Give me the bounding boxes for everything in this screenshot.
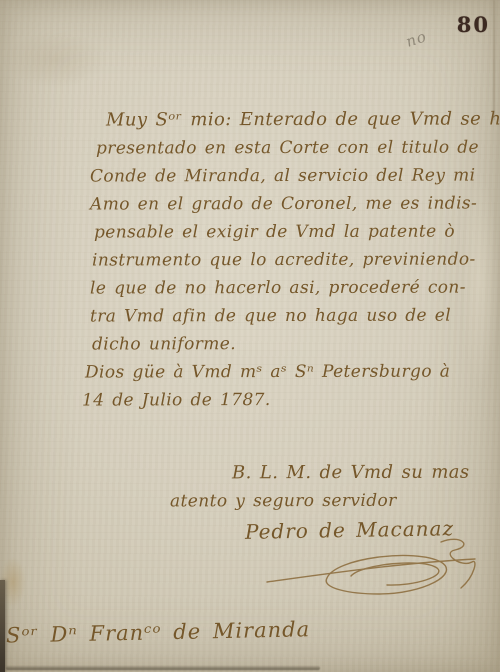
paper-stain xyxy=(0,20,130,100)
letter-line: 14 de Julio de 1787. xyxy=(82,385,485,414)
letter-line: tra Vmd afin de que no haga uso de el xyxy=(90,301,485,330)
folio-number: 80 xyxy=(457,12,490,37)
page-fold-line xyxy=(6,666,320,670)
binding-edge xyxy=(0,580,5,672)
signature-flourish-icon xyxy=(265,536,480,608)
letter-body: Muy Sᵒʳ mio: Enterado de que Vmd se hapr… xyxy=(90,106,485,414)
manuscript-page: { "page": { "folio_number": "80", "penci… xyxy=(0,0,500,672)
letter-line: instrumento que lo acredite, previniendo… xyxy=(92,245,485,274)
letter-line: le que de no hacerlo asi, procederé con- xyxy=(90,273,485,302)
letter-line: pensable el exigir de Vmd la patente ò xyxy=(94,217,485,246)
letter-line: Conde de Miranda, al servicio del Rey mi xyxy=(90,161,485,190)
address-line: Sᵒʳ Dⁿ Franᶜᵒ de Miranda xyxy=(6,616,346,647)
pencil-annotation: no xyxy=(404,27,429,51)
letter-line: dicho uniforme. xyxy=(92,329,485,358)
letter-line: Amo en el grado de Coronel, me es indis- xyxy=(90,189,485,218)
closing-line: atento y seguro servidor xyxy=(170,486,475,515)
closing-block: B. L. M. de Vmd su masatento y seguro se… xyxy=(170,458,475,514)
closing-line: B. L. M. de Vmd su mas xyxy=(232,458,475,487)
letter-line: presentado en esta Corte con el titulo d… xyxy=(96,133,485,162)
paper-crease xyxy=(493,0,495,120)
letter-line: Dios güe à Vmd mˢ aˢ Sⁿ Petersburgo à xyxy=(85,357,485,386)
letter-line: Muy Sᵒʳ mio: Enterado de que Vmd se ha xyxy=(106,106,485,135)
